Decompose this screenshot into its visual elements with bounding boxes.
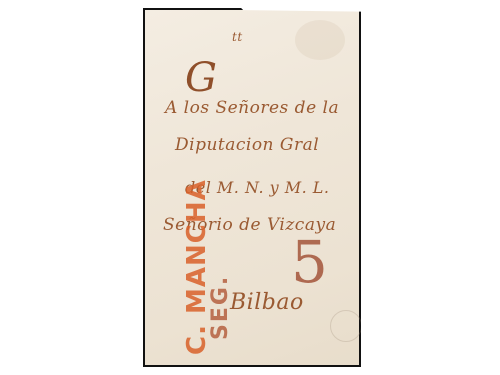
manuscript-line-mark: tt: [232, 30, 243, 44]
rate-mark: 5: [291, 228, 328, 296]
red-secondary-postmark: SEG.: [208, 275, 233, 340]
paper-stain: [295, 20, 345, 60]
manuscript-line-initial: G: [185, 55, 217, 101]
letter-cover: tt G A los Señores de la Diputacion Gral…: [143, 8, 361, 367]
paper-stain: [330, 310, 362, 342]
manuscript-line-addressee: A los Señores de la: [165, 98, 339, 118]
manuscript-line-diputacion: Diputacion Gral: [175, 135, 319, 155]
